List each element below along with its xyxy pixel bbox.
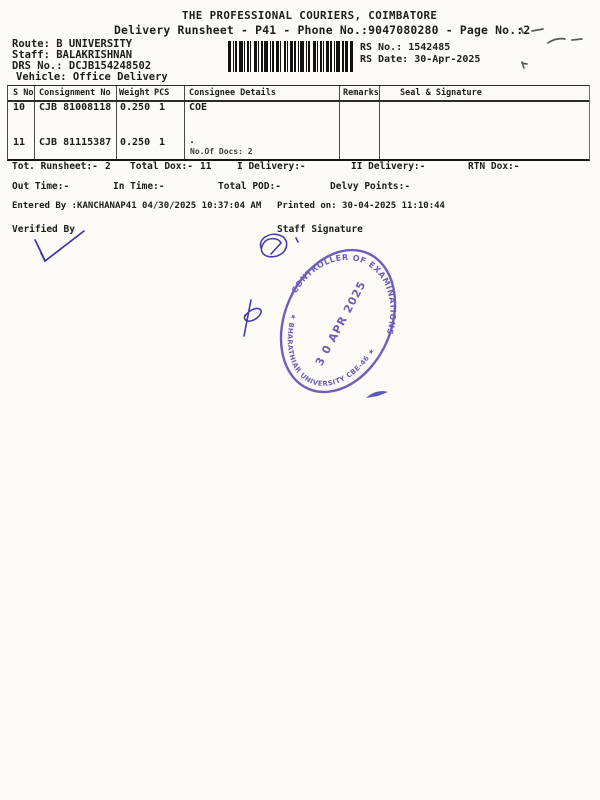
row-docs-note: No.Of Docs: 2	[190, 147, 253, 156]
stray-ink-marks	[510, 20, 595, 72]
table-column-divider	[116, 86, 117, 159]
in-time-label: In Time:-	[113, 181, 164, 192]
rs-date-line: RS Date: 30-Apr-2025	[360, 54, 480, 65]
verified-by-signature	[24, 228, 90, 270]
col-header-weight: Weight	[119, 88, 150, 98]
vehicle-value: Office Delivery	[73, 71, 168, 83]
delvy-points-label: Delvy Points:-	[330, 181, 410, 192]
rtn-dox-label: RTN Dox:-	[468, 161, 519, 172]
rs-date-value: 30-Apr-2025	[414, 54, 480, 65]
printed-on-line: Printed on: 30-04-2025 11:10:44	[277, 201, 445, 211]
col-header-consignee: Consignee Details	[189, 88, 276, 98]
rs-no-value: 1542485	[408, 42, 450, 53]
stamp-ring-top-text: CONTROLLER OF EXAMINATIONS	[289, 242, 408, 337]
total-dox-label: Total Dox:-	[130, 161, 193, 172]
table-column-divider	[184, 86, 185, 159]
svg-text:CONTROLLER OF EXAMINATIONS: CONTROLLER OF EXAMINATIONS	[289, 242, 408, 337]
row-consignee: COE	[189, 102, 207, 113]
vehicle-line: Vehicle: Office Delivery	[16, 71, 168, 83]
entered-by-line: Entered By :KANCHANAP41 04/30/2025 10:37…	[12, 201, 261, 211]
row-sno: 11	[13, 137, 25, 148]
table-column-divider	[34, 86, 35, 159]
row-pcs: 1	[159, 137, 165, 148]
row-consignment: CJB 81008118	[39, 102, 111, 113]
scanned-delivery-runsheet: THE PROFESSIONAL COURIERS, COIMBATORE De…	[0, 0, 600, 800]
total-pod-label: Total POD:-	[218, 181, 281, 192]
total-dox-value: 11	[200, 161, 211, 172]
document-title: THE PROFESSIONAL COURIERS, COIMBATORE	[182, 9, 437, 22]
row-sno: 10	[13, 102, 25, 113]
total-runsheet-value: 2	[105, 161, 111, 172]
row-pcs: 1	[159, 102, 165, 113]
university-stamp: CONTROLLER OF EXAMINATIONS ★ BHARATHIAR …	[268, 242, 408, 400]
row-consignee: .	[189, 135, 195, 146]
row-weight: 0.250	[120, 137, 150, 148]
col-header-sno: S No	[13, 88, 33, 98]
table-column-divider	[379, 86, 380, 159]
stamp-date: 3 0 APR 2025	[313, 279, 369, 369]
table-column-divider	[339, 86, 340, 159]
rs-date-label: RS Date:	[360, 54, 408, 65]
col-header-remarks: Remarks	[343, 88, 379, 98]
document-subtitle: Delivery Runsheet - P41 - Phone No.:9047…	[114, 23, 530, 37]
consignment-table: S No Consignment No Weight PCS Consignee…	[7, 85, 590, 161]
col-header-pcs: PCS	[154, 88, 169, 98]
vehicle-label: Vehicle:	[16, 71, 67, 83]
pen-tick-mark	[362, 386, 392, 402]
pen-squiggle-mark	[234, 296, 270, 340]
total-runsheet-label: Tot. Runsheet:-	[12, 161, 98, 172]
row-consignment: CJB 81115387	[39, 137, 111, 148]
i-delivery-label: I Delivery:-	[237, 161, 306, 172]
consignment-barcode	[228, 41, 353, 72]
col-header-consignment: Consignment No	[39, 88, 111, 98]
ii-delivery-label: II Delivery:-	[351, 161, 425, 172]
rs-no-line: RS No.: 1542485	[360, 42, 450, 53]
rs-no-label: RS No.:	[360, 42, 402, 53]
row-weight: 0.250	[120, 102, 150, 113]
out-time-label: Out Time:-	[12, 181, 69, 192]
col-header-seal: Seal & Signature	[400, 88, 482, 98]
